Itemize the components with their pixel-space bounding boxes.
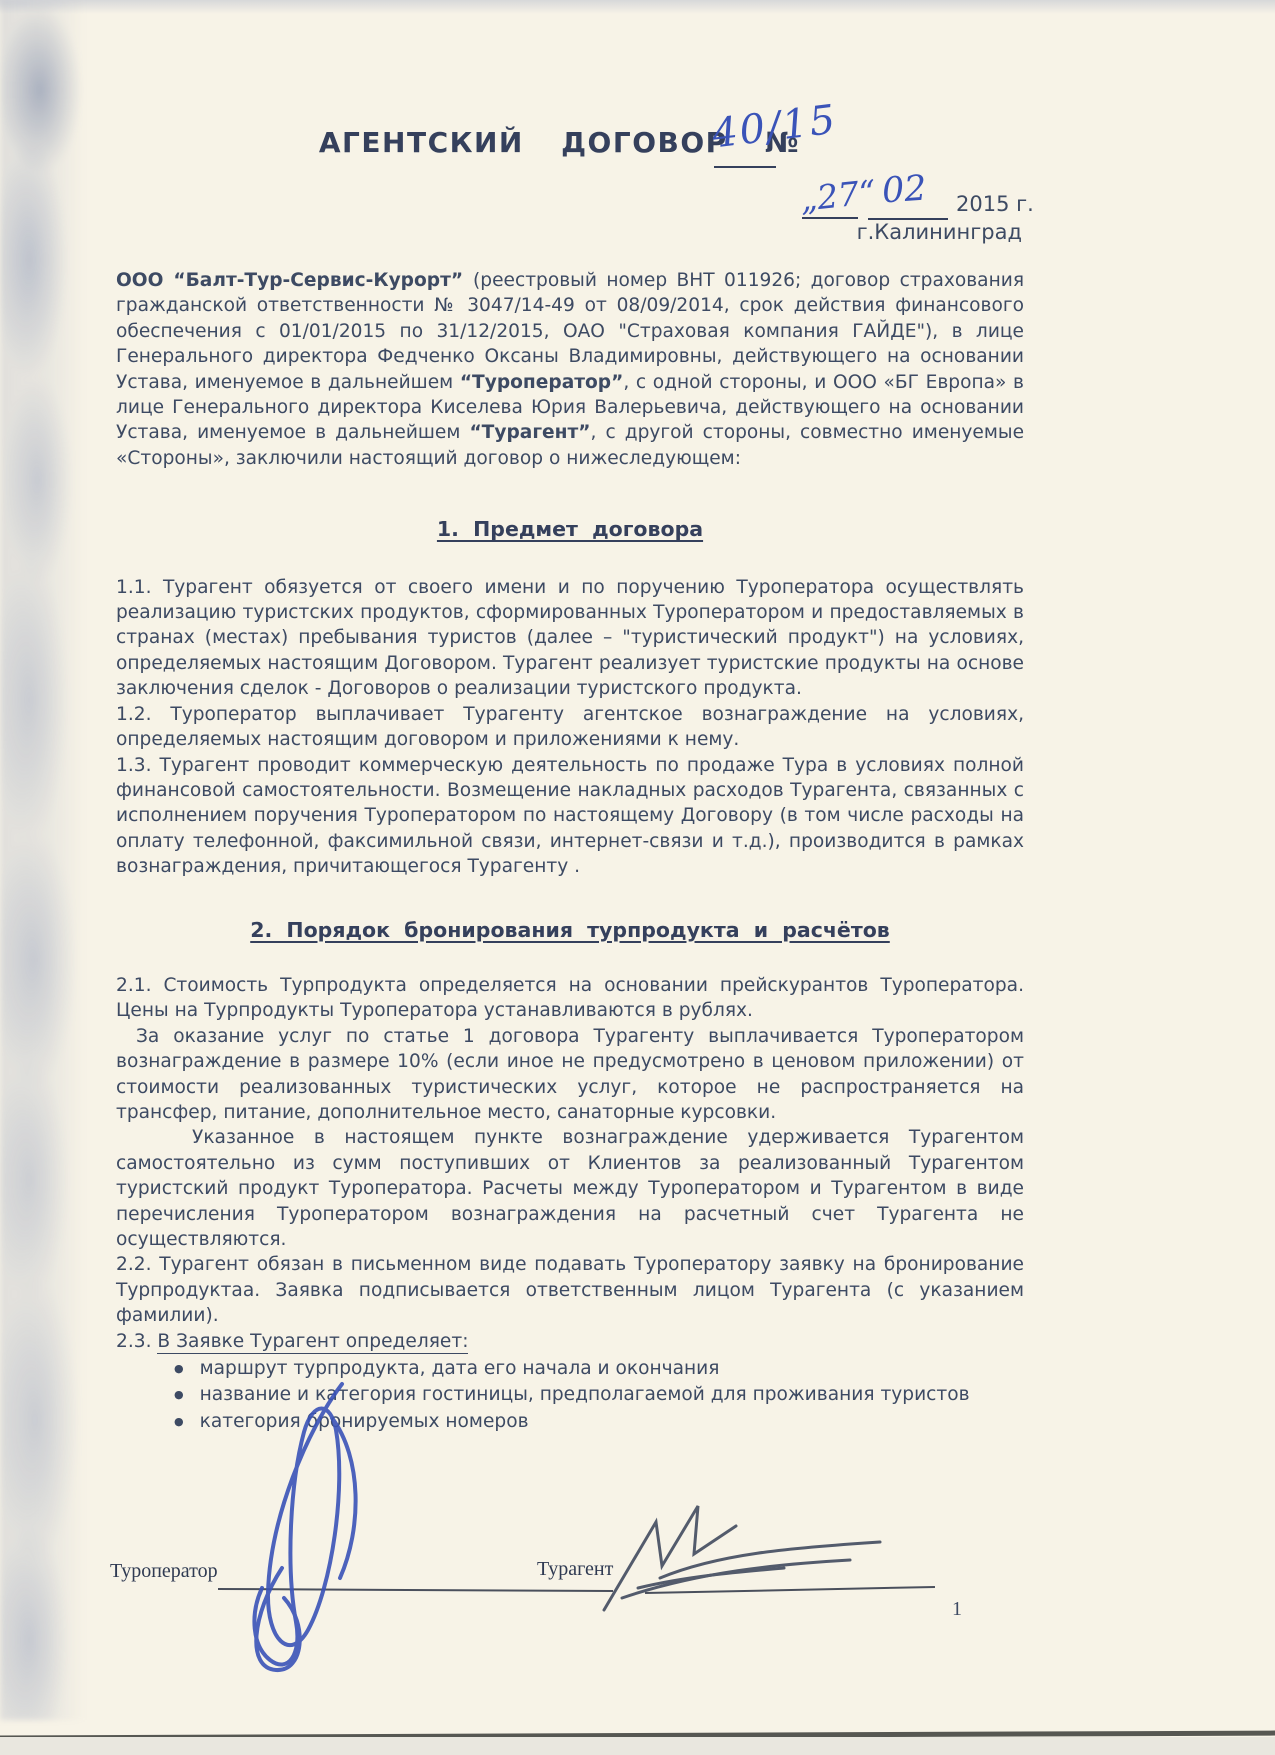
list-item: категория бронируемых номеров <box>174 1409 1024 1434</box>
date-day-underline <box>802 217 858 219</box>
scan-bottom-background <box>0 1737 1275 1755</box>
scan-left-edge-smudge <box>0 0 86 1720</box>
date-year: 2015 г. <box>956 192 1034 216</box>
touragent-signature-ink <box>598 1492 943 1622</box>
section-2-heading: 2. Порядок бронирования турпродукта и ра… <box>116 918 1024 943</box>
signature-line-touroperator <box>218 1588 613 1592</box>
clause-2-1-commission: За оказание услуг по статье 1 договора Т… <box>116 1024 1024 1126</box>
booking-request-list: маршрут турпродукта, дата его начала и о… <box>116 1356 1024 1434</box>
term-touragent: “Турагент” <box>469 422 590 443</box>
contract-number-underline <box>714 166 776 168</box>
date-day-handwritten: „27“ <box>798 172 878 219</box>
list-item: маршрут турпродукта, дата его начала и о… <box>174 1356 1024 1381</box>
company-name-tour-operator: ООО “Балт-Тур-Сервис-Курорт” <box>116 270 473 291</box>
section-1-heading: 1. Предмет договора <box>116 517 1024 542</box>
clause-2-1: 2.1. Стоимость Турпродукта определяется … <box>116 973 1024 1024</box>
signature-label-touroperator: Туроператор <box>110 1560 218 1583</box>
clause-1-1: 1.1. Турагент обязуется от своего имени … <box>116 575 1024 702</box>
scanned-contract-page: АГЕНТСКИЙ ДОГОВОР № 40/15 „27“ 02 2015 г… <box>0 0 1275 1755</box>
preamble-paragraph: ООО “Балт-Тур-Сервис-Курорт” (реестровый… <box>116 268 1024 471</box>
clause-2-1-withholding: Указанное в настоящем пункте вознагражде… <box>116 1125 1024 1252</box>
page-number: 1 <box>952 1598 962 1621</box>
clause-1-2: 1.2. Туроператор выплачивает Турагенту а… <box>116 702 1024 753</box>
signature-label-touragent: Турагент <box>537 1558 613 1581</box>
term-touroperator: “Туроператор” <box>460 372 624 393</box>
signature-line-touragent <box>645 1586 935 1594</box>
list-item: название и категория гостиницы, предпола… <box>174 1382 1024 1407</box>
clause-2-3-underlined: В Заявке Турагент определяет: <box>157 1331 468 1354</box>
city-label: г.Калининград <box>0 220 1022 244</box>
clause-2-2: 2.2. Турагент обязан в письменном виде п… <box>116 1252 1024 1328</box>
clause-1-3: 1.3. Турагент проводит коммерческую деят… <box>116 753 1024 880</box>
scan-top-smudge <box>0 0 1275 14</box>
contract-body: ООО “Балт-Тур-Сервис-Курорт” (реестровый… <box>116 268 1024 1435</box>
document-title-row: АГЕНТСКИЙ ДОГОВОР № <box>0 126 1275 159</box>
clause-2-3-number: 2.3. <box>116 1331 157 1352</box>
clause-2-3: 2.3. В Заявке Турагент определяет: <box>116 1329 1024 1354</box>
date-month-handwritten: 02 <box>881 168 928 211</box>
